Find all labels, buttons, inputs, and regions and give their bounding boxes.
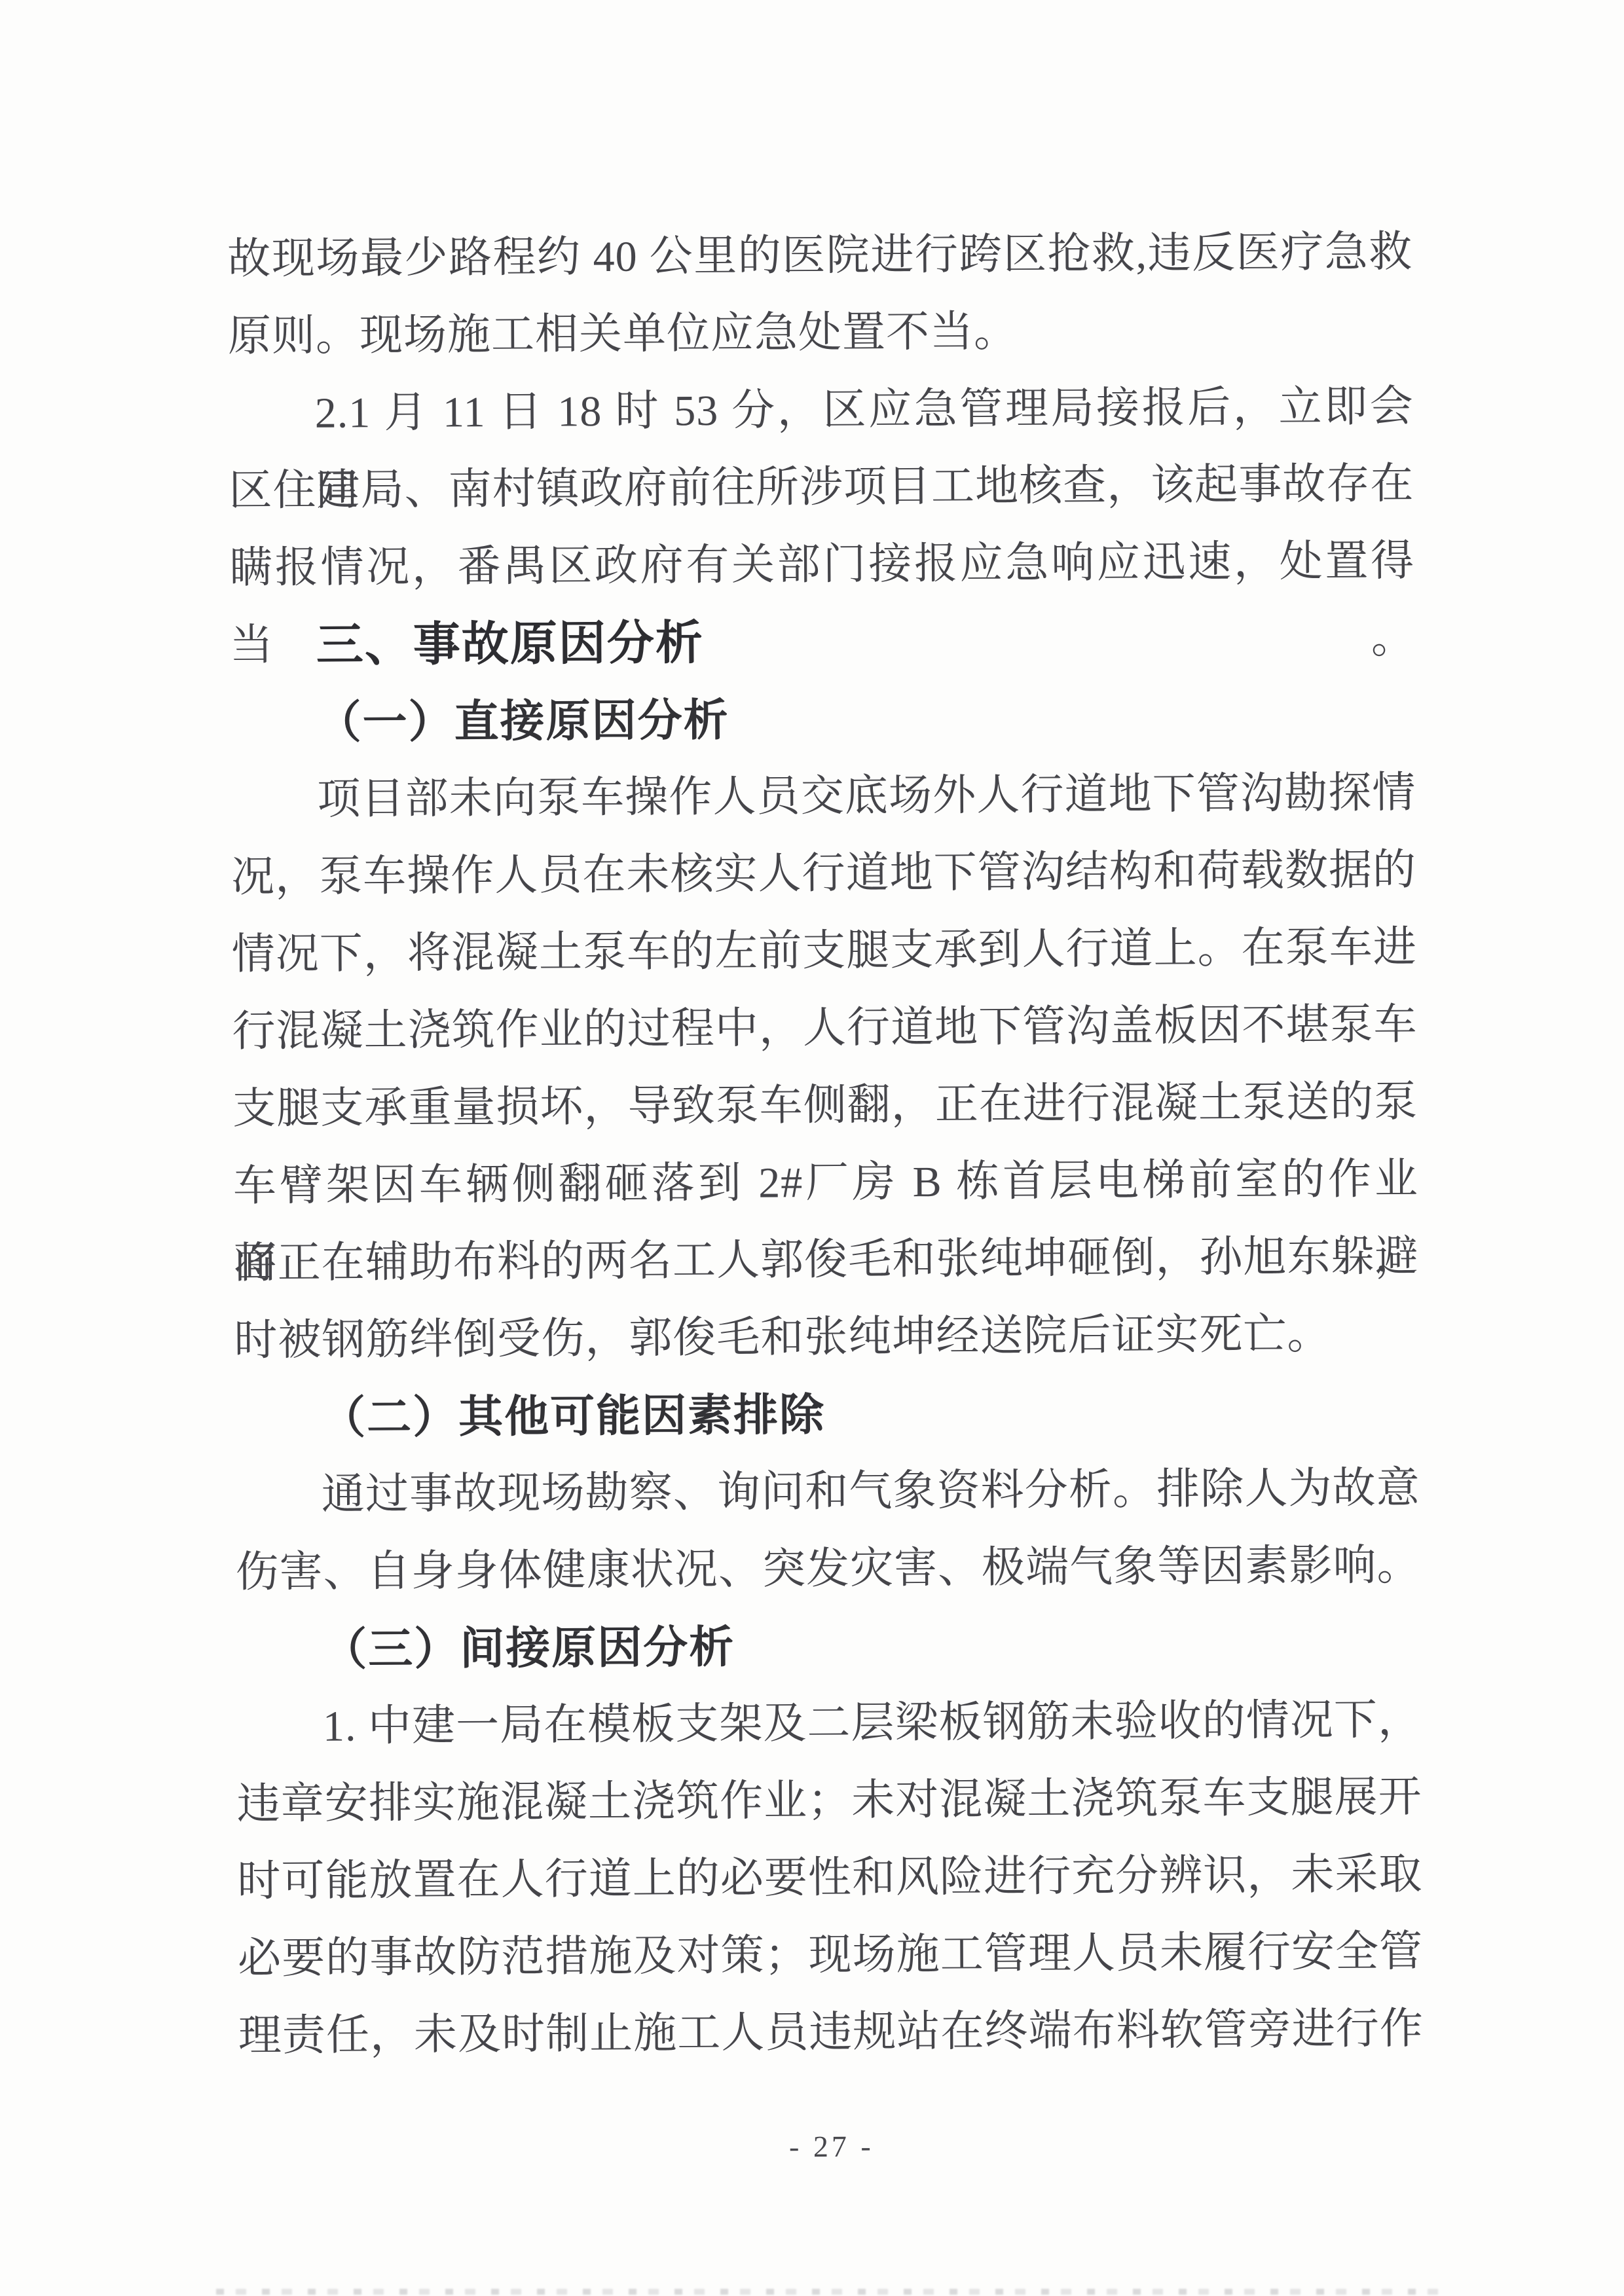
body-line: 支腿支承重量损坏，导致泵车侧翻，正在进行混凝土泵送的泵 xyxy=(232,1063,1418,1148)
page-number: - 27 - xyxy=(239,2125,1424,2167)
scan-artifact-strip xyxy=(216,2289,1447,2295)
body-line: 理责任，未及时制止施工人员违规站在终端布料软管旁进行作 xyxy=(238,1990,1424,2075)
subsection-heading-indirect-cause: （三）间接原因分析 xyxy=(236,1604,1422,1688)
body-line: 况，泵车操作人员在未核实人行道地下管沟结构和荷载数据的 xyxy=(231,831,1417,916)
body-line: 将正在辅助布料的两名工人郭俊毛和张纯坤砸倒，孙旭东躲避 xyxy=(233,1218,1419,1302)
body-line: 故现场最少路程约 40 公里的医院进行跨区抢救,违反医疗急救 xyxy=(227,213,1413,298)
body-line: 行混凝土浇筑作业的过程中，人行道地下管沟盖板因不堪泵车 xyxy=(232,986,1418,1070)
body-line: 项目部未向泵车操作人员交底场外人行道地下管沟勘探情 xyxy=(231,754,1416,839)
body-line: 情况下，将混凝土泵车的左前支腿支承到人行道上。在泵车进 xyxy=(231,909,1417,993)
body-line: 时可能放置在人行道上的必要性和风险进行充分辨识，未采取 xyxy=(237,1836,1423,1920)
subsection-heading-direct-cause: （一）直接原因分析 xyxy=(230,677,1416,761)
subsection-heading-other-factors: （二）其他可能因素排除 xyxy=(234,1372,1420,1457)
body-line: 车臂架因车辆侧翻砸落到 2#厂房 B 栋首层电梯前室的作业面， xyxy=(233,1140,1419,1225)
body-line: 必要的事故防范措施及对策；现场施工管理人员未履行安全管 xyxy=(238,1913,1424,1997)
body-line: 区住建局、南村镇政府前往所涉项目工地核查，该起事故存在 xyxy=(229,445,1414,530)
body-line: 违章安排实施混凝土浇筑作业；未对混凝土浇筑泵车支腿展开 xyxy=(236,1758,1422,1843)
body-line: 伤害、自身身体健康状况、突发灾害、极端气象等因素影响。 xyxy=(235,1527,1421,1611)
body-line: 瞒报情况，番禺区政府有关部门接报应急响应迅速，处置得当。 xyxy=(229,522,1415,607)
body-line: 原则。现场施工相关单位应急处置不当。 xyxy=(228,291,1414,375)
body-line: 1. 中建一局在模板支架及二层梁板钢筋未验收的情况下， xyxy=(236,1681,1422,1766)
text-block: 故现场最少路程约 40 公里的医院进行跨区抢救,违反医疗急救 原则。现场施工相关… xyxy=(227,213,1424,2167)
body-line: 时被钢筋绊倒受伤，郭俊毛和张纯坤经送院后证实死亡。 xyxy=(234,1295,1420,1379)
document-page: 故现场最少路程约 40 公里的医院进行跨区抢救,违反医疗急救 原则。现场施工相关… xyxy=(0,0,1624,2296)
body-line: 2.1 月 11 日 18 时 53 分，区应急管理局接报后，立即会同 xyxy=(228,368,1414,452)
body-line: 通过事故现场勘察、询问和气象资料分析。排除人为故意 xyxy=(234,1449,1420,1534)
